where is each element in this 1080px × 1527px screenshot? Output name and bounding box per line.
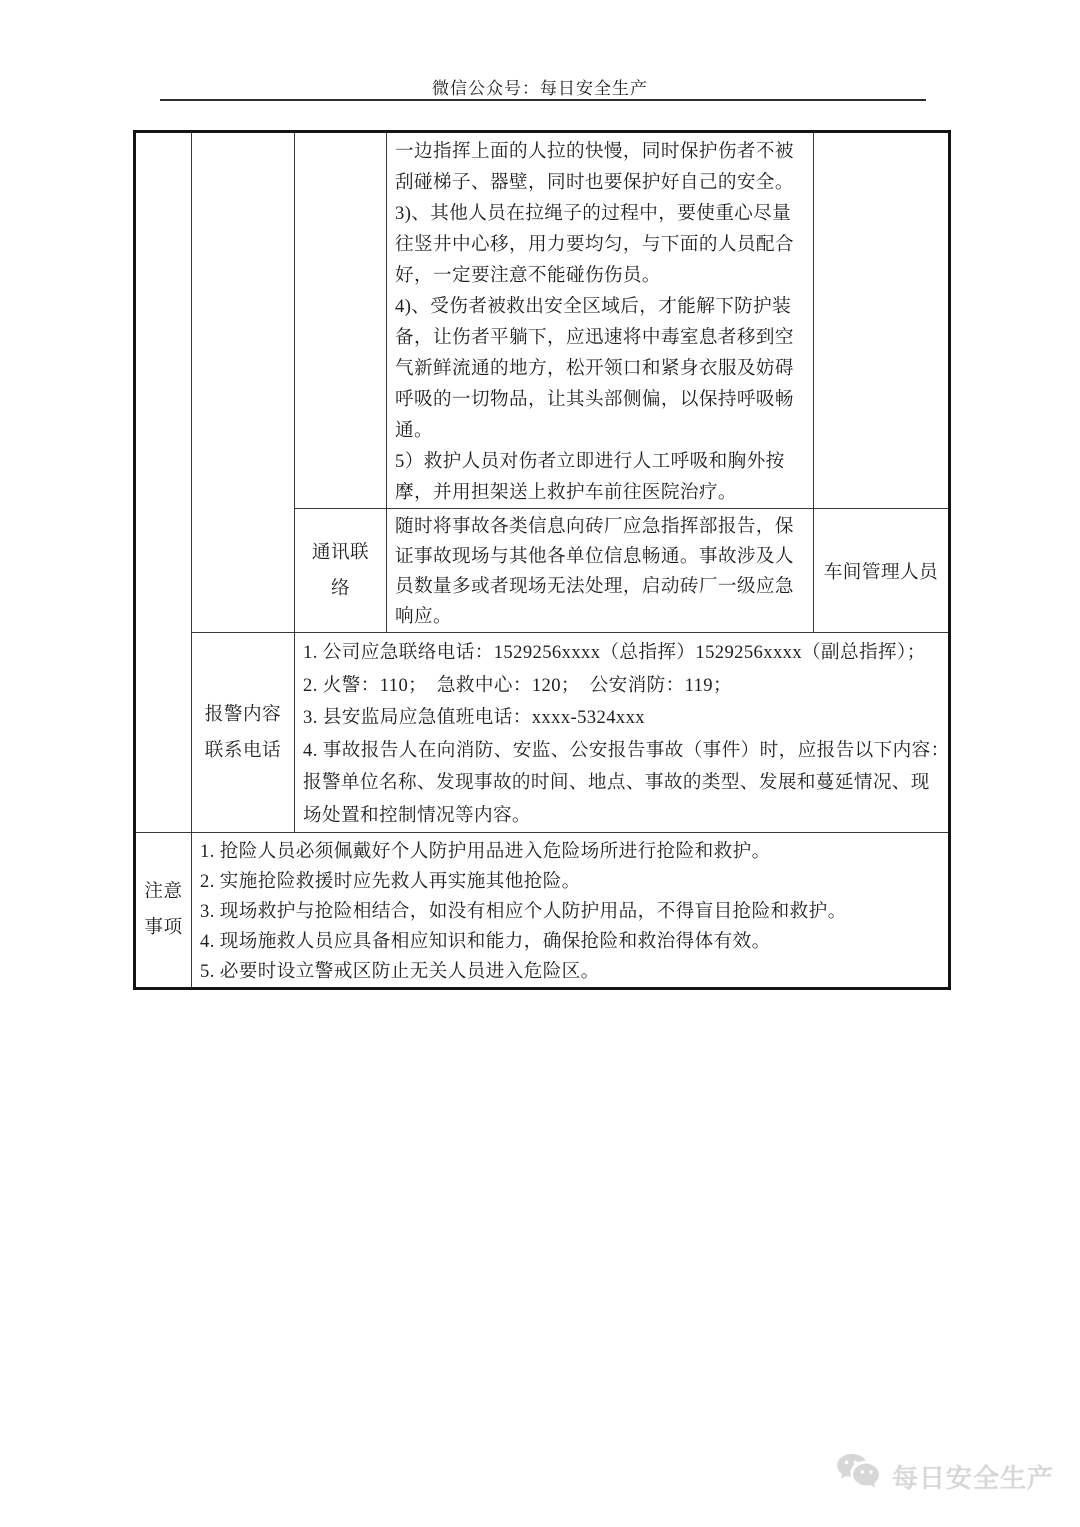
rescue-procedure-cell: 一边指挥上面的人拉的快慢，同时保护伤者不被 刮碰梯子、器壁，同时也要保护好自己的… bbox=[387, 132, 814, 509]
text-line: 刮碰梯子、器壁，同时也要保护好自己的安全。 bbox=[395, 167, 807, 198]
notes-content-cell: 1. 抢险人员必须佩戴好个人防护用品进入危险场所进行抢险和救护。 2. 实施抢险… bbox=[192, 833, 950, 989]
text-line: 呼吸的一切物品，让其头部侧偏，以保持呼吸畅 bbox=[395, 384, 807, 415]
wechat-icon bbox=[834, 1452, 884, 1501]
text-line: 3)、其他人员在拉绳子的过程中，要使重心尽量 bbox=[395, 198, 807, 229]
text-line: 员数量多或者现场无法处理，启动砖厂一级应急 bbox=[395, 572, 807, 602]
header-rule bbox=[160, 99, 926, 101]
text-line: 1. 抢险人员必须佩戴好个人防护用品进入危险场所进行抢险和救护。 bbox=[200, 837, 942, 867]
text-line: 好，一定要注意不能碰伤伤员。 bbox=[395, 260, 807, 291]
text-line: 通。 bbox=[395, 415, 807, 446]
document-page: 微信公众号：每日安全生产 一边指挥上面的人拉的快慢，同时保护伤者不被 刮碰梯子、… bbox=[0, 0, 1080, 1527]
text-line: 4. 现场施救人员应具备相应知识和能力，确保抢险和救治得体有效。 bbox=[200, 927, 942, 957]
text-line: 气新鲜流通的地方，松开领口和紧身衣服及妨碍 bbox=[395, 353, 807, 384]
emergency-response-table: 一边指挥上面的人拉的快慢，同时保护伤者不被 刮碰梯子、器壁，同时也要保护好自己的… bbox=[133, 130, 951, 990]
text-line: 3. 县安监局应急值班电话：xxxx-5324xxx bbox=[303, 702, 942, 735]
text-line: 4. 事故报告人在向消防、安监、公安报告事故（事件）时，应报告以下内容： bbox=[303, 735, 942, 768]
text-line: 5. 必要时设立警戒区防止无关人员进入危险区。 bbox=[200, 957, 942, 987]
communication-label-cell: 通讯联络 bbox=[295, 509, 387, 633]
text-line: 证事故现场与其他各单位信息畅通。事故涉及人 bbox=[395, 542, 807, 572]
text-line: 2. 火警：110； 急救中心：120； 公安消防：119； bbox=[303, 670, 942, 703]
footer-watermark: 每日安全生产 bbox=[834, 1452, 1054, 1501]
empty-cell-col-c bbox=[295, 132, 387, 509]
text-line: 场处置和控制情况等内容。 bbox=[303, 800, 942, 833]
text-line: 2. 实施抢险救援时应先救人再实施其他抢险。 bbox=[200, 867, 942, 897]
text-line: 响应。 bbox=[395, 602, 807, 632]
header-wechat-label: 微信公众号：每日安全生产 bbox=[0, 74, 1080, 99]
text-line: 5）救护人员对伤者立即进行人工呼吸和胸外按 bbox=[395, 446, 807, 477]
text-line: 一边指挥上面的人拉的快慢，同时保护伤者不被 bbox=[395, 136, 807, 167]
empty-cell-col-a bbox=[135, 132, 192, 833]
text-line: 1. 公司应急联络电话：1529256xxxx（总指挥）1529256xxxx（… bbox=[303, 637, 942, 670]
text-line: 备，让伤者平躺下，应迅速将中毒室息者移到空 bbox=[395, 322, 807, 353]
notes-label-cell: 注意事项 bbox=[135, 833, 192, 989]
text-line: 报警单位名称、发现事故的时间、地点、事故的类型、发展和蔓延情况、现 bbox=[303, 767, 942, 800]
text-line: 3. 现场救护与抢险相结合，如没有相应个人防护用品，不得盲目抢险和救护。 bbox=[200, 897, 942, 927]
watermark-brand: 每日安全生产 bbox=[892, 1458, 1054, 1495]
alarm-content-cell: 1. 公司应急联络电话：1529256xxxx（总指挥）1529256xxxx（… bbox=[295, 633, 950, 833]
responsible-person-cell: 车间管理人员 bbox=[814, 509, 950, 633]
empty-cell-col-e bbox=[814, 132, 950, 509]
communication-text-cell: 随时将事故各类信息向砖厂应急指挥部报告，保 证事故现场与其他各单位信息畅通。事故… bbox=[387, 509, 814, 633]
text-line: 4)、受伤者被救出安全区域后，才能解下防护装 bbox=[395, 291, 807, 322]
text-line: 随时将事故各类信息向砖厂应急指挥部报告，保 bbox=[395, 512, 807, 542]
empty-cell-col-b bbox=[192, 132, 295, 633]
text-line: 摩，并用担架送上救护车前往医院治疗。 bbox=[395, 477, 807, 508]
alarm-label-cell: 报警内容联系电话 bbox=[192, 633, 295, 833]
text-line: 往竖井中心移，用力要均匀，与下面的人员配合 bbox=[395, 229, 807, 260]
